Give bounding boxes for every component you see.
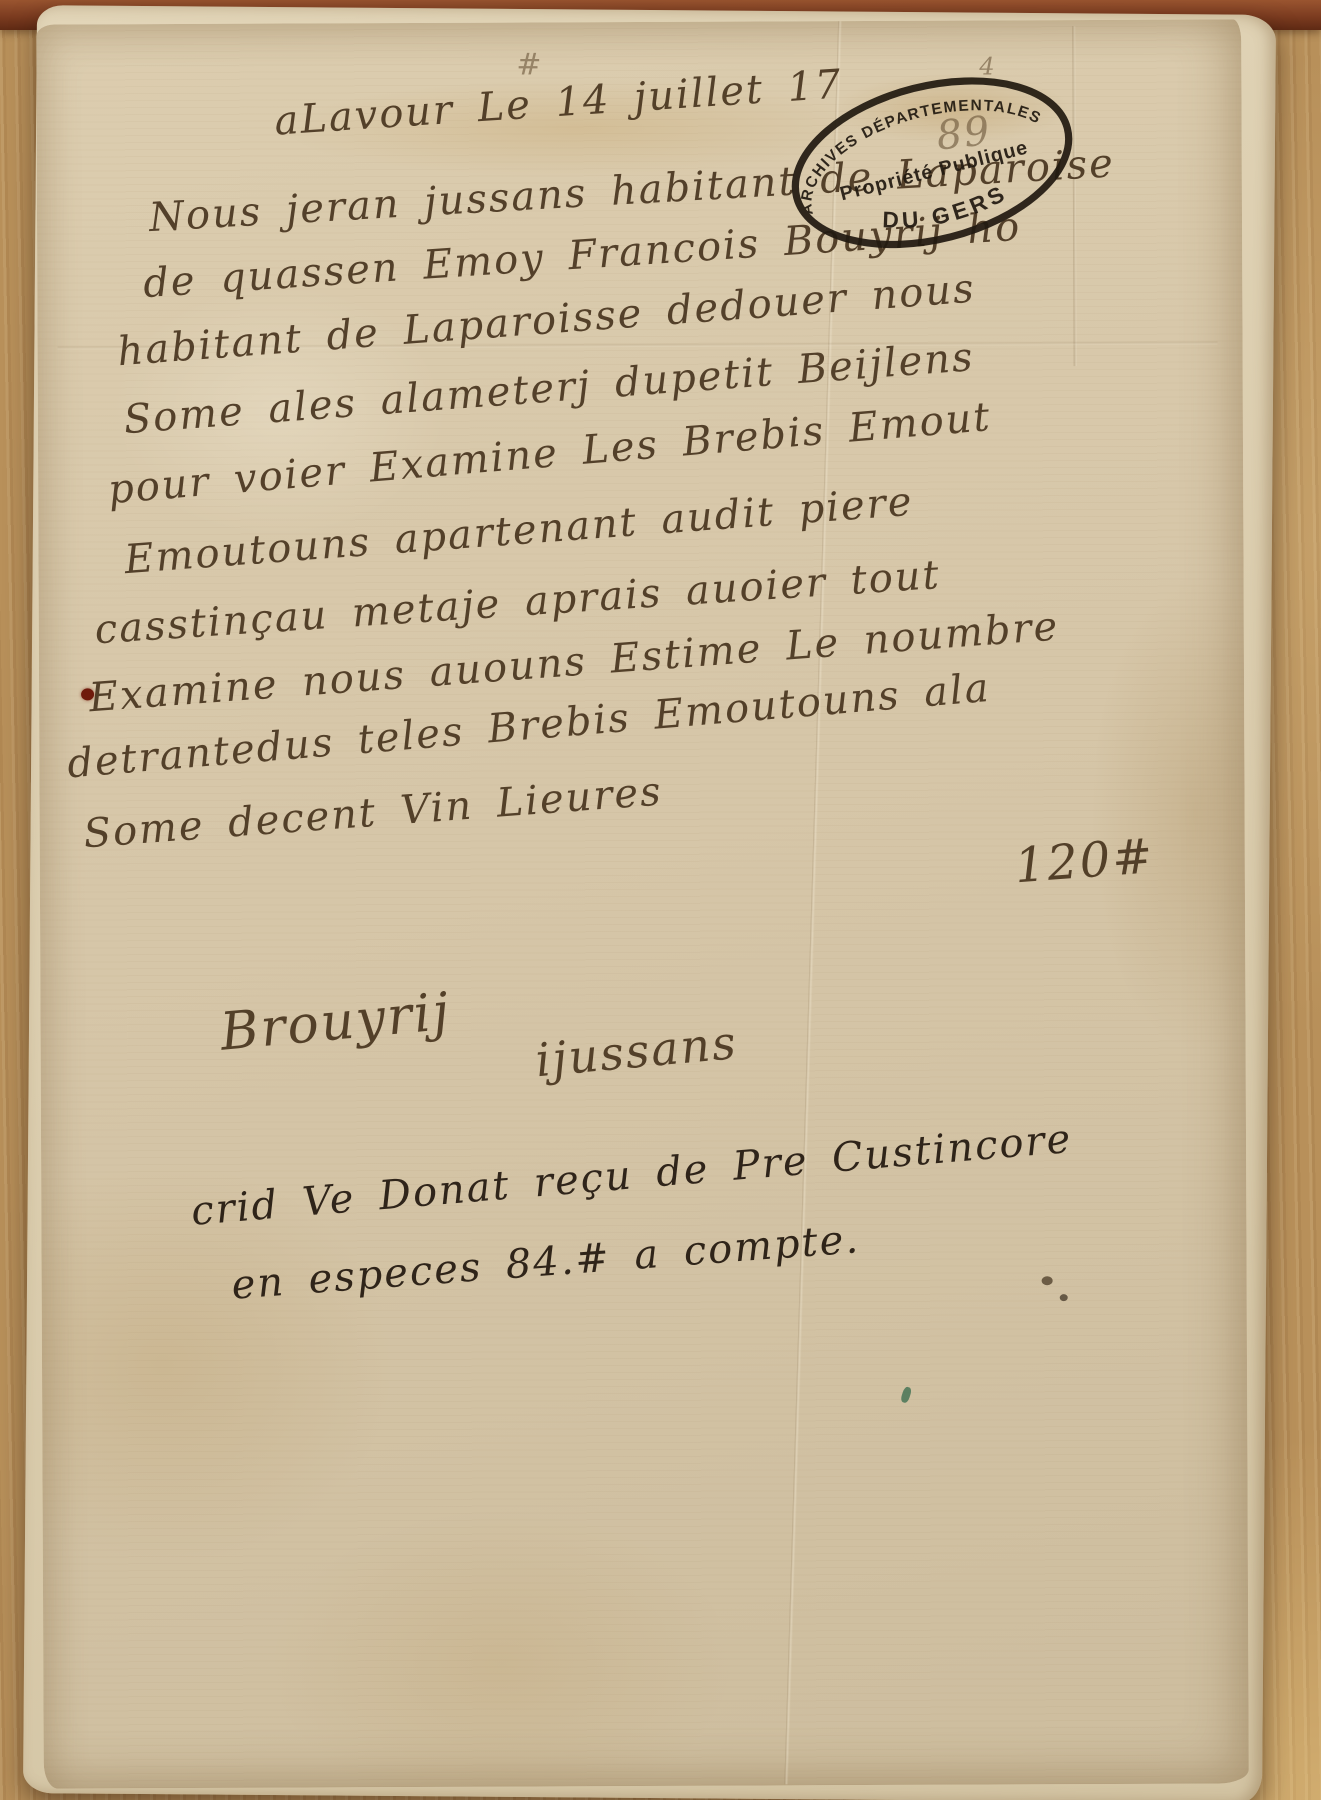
signature-brouyrij: Brouyrij <box>218 986 453 1059</box>
header-mark: # <box>516 50 543 80</box>
date-line: aLavour Le 14 juillet 17 <box>273 64 843 141</box>
dark-speck <box>1060 1294 1068 1301</box>
paper-sheet: # 4 aLavour Le 14 juillet 17 89 Nous jer… <box>36 19 1249 1788</box>
signature-jussans: ijussans <box>534 1019 740 1083</box>
photo-of-manuscript: # 4 aLavour Le 14 juillet 17 89 Nous jer… <box>0 0 1321 1800</box>
manuscript-line: Some decent Vin Lieures <box>82 771 664 854</box>
dark-speck <box>1042 1276 1053 1285</box>
green-speck <box>900 1386 912 1404</box>
receipt-note-line: crid Ve Donat reçu de Pre Custincore <box>190 1119 1074 1232</box>
amount-livres: 120# <box>1013 832 1156 890</box>
receipt-note-line: en especes 84.# a compte. <box>230 1219 861 1306</box>
